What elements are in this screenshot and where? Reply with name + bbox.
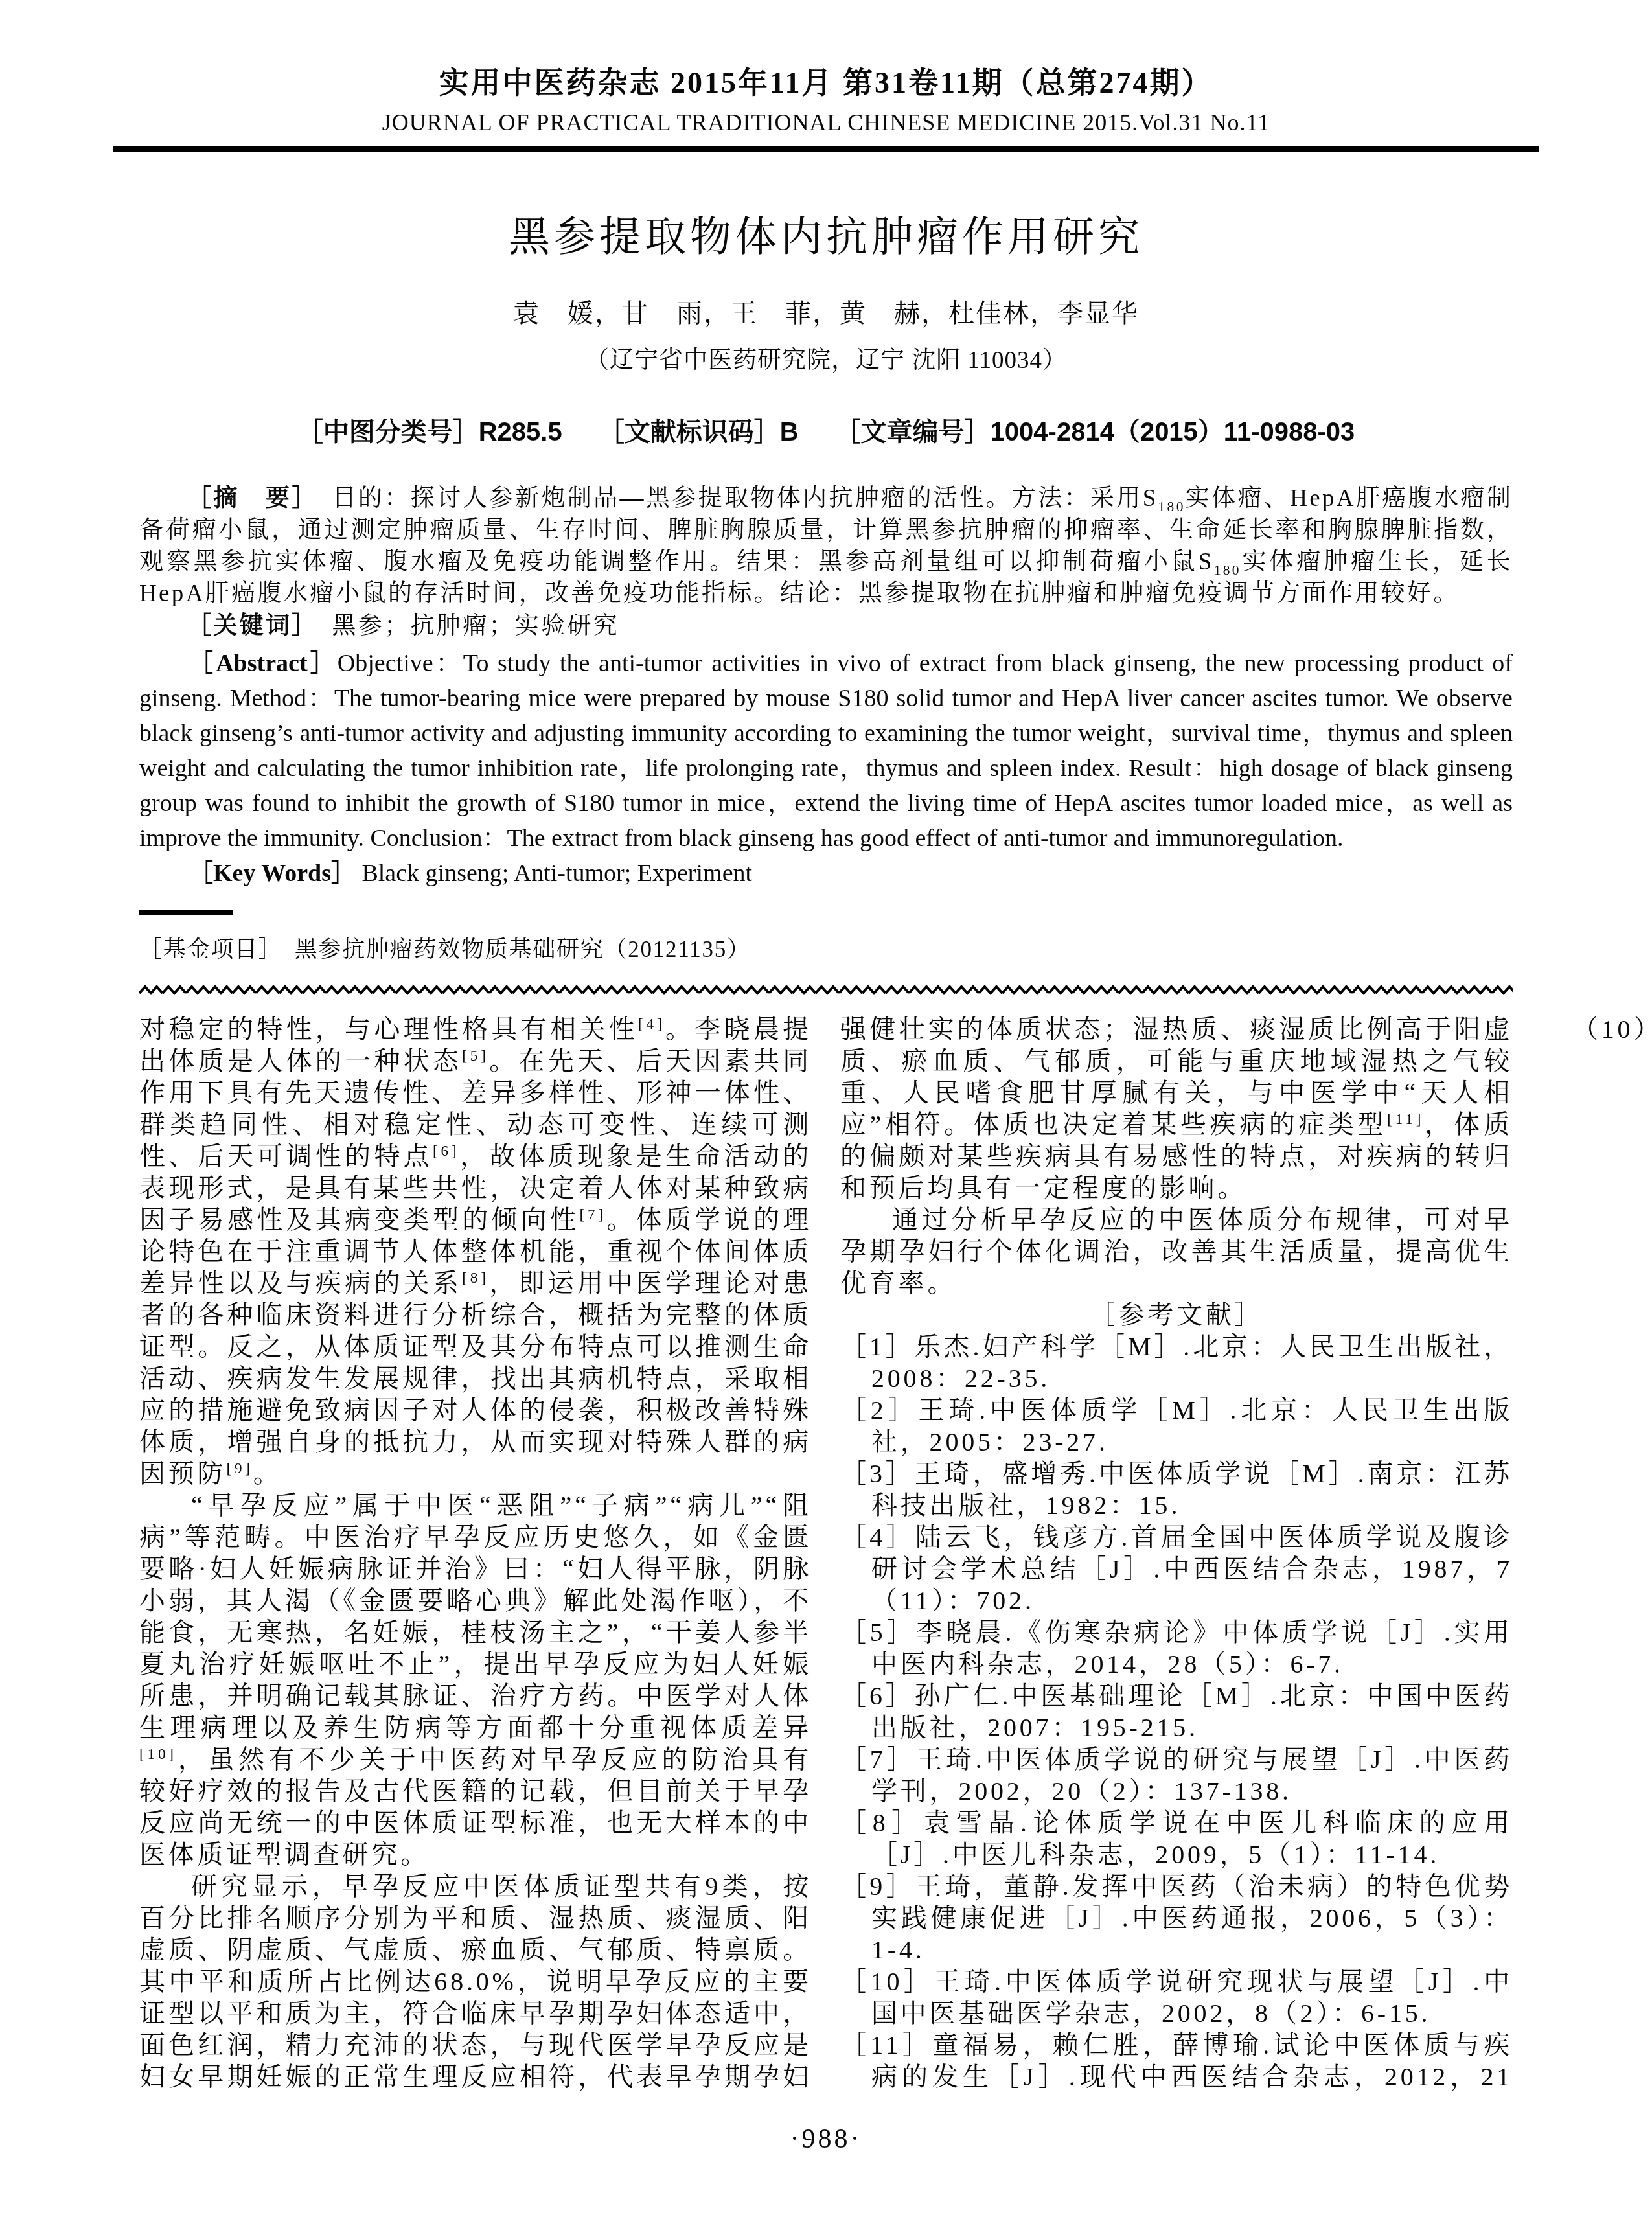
reference-entry: ［5］李晓晨.《伤寒杂病论》中体质学说［J］.实用中医内科杂志，2014，28（… — [840, 1616, 1513, 1680]
title-block: 黑参提取物体内抗肿瘤作用研究 袁 媛，甘 雨，王 菲，黄 赫，杜佳林，李显华 （… — [139, 211, 1513, 448]
body-paragraph: 对稳定的特性，与心理性格具有相关性[4]。李晓晨提出体质是人体的一种状态[5]。… — [139, 1013, 812, 1489]
body-paragraph: “早孕反应”属于中医“恶阻”“子病”“病儿”“阻病”等范畴。中医治疗早孕反应历史… — [139, 1489, 812, 1870]
fund-text: 黑参抗肿瘤药效物质基础研究（20121135） — [295, 937, 751, 962]
article-id-label: ［文章编号］ — [835, 418, 991, 446]
reference-entry: ［6］孙广仁.中医基础理论［M］.北京：中国中医药出版社，2007：195-21… — [840, 1680, 1513, 1743]
fund-label: ［基金项目］ — [139, 937, 271, 962]
abstract-cn: ［摘 要］ 目的：探讨人参新炮制品—黑参提取物体内抗肿瘤的活性。方法：采用S18… — [139, 482, 1513, 610]
reference-entry: ［8］袁雪晶.论体质学说在中医儿科临床的应用［J］.中医儿科杂志，2009，5（… — [840, 1807, 1513, 1870]
header-rule — [113, 146, 1539, 152]
page-number: ·988· — [139, 2124, 1513, 2155]
doc-code-value: B — [780, 418, 799, 446]
abstract-en-label: ［Abstract］ — [189, 650, 338, 677]
doc-code-label: ［文献标识码］ — [599, 418, 780, 446]
reference-entry: ［7］王琦.中医体质学说的研究与展望［J］.中医药学刊，2002，20（2）：1… — [840, 1743, 1513, 1807]
reference-entry: ［2］王琦.中医体质学［M］.北京：人民卫生出版社，2005：23-27. — [840, 1394, 1513, 1458]
footnote-block: ［基金项目］ 黑参抗肿瘤药效物质基础研究（20121135） — [139, 910, 1513, 964]
reference-entry: ［1］乐杰.妇产科学［M］.北京：人民卫生出版社，2008：22-35. — [840, 1331, 1513, 1394]
journal-title-cn: 实用中医药杂志 2015年11月 第31卷11期（总第274期） — [139, 65, 1513, 101]
affiliation-line: （辽宁省中医药研究院，辽宁 沈阳 110034） — [139, 340, 1513, 375]
abstract-en-text: Objective：To study the anti-tumor activi… — [139, 650, 1513, 852]
reference-entry: ［3］王琦，盛增秀.中医体质学说［M］.南京：江苏科技出版社，1982：15. — [840, 1458, 1513, 1521]
journal-page: 实用中医药杂志 2015年11月 第31卷11期（总第274期） JOURNAL… — [0, 0, 1652, 2226]
keywords-cn: ［关键词］ 黑参；抗肿瘤；实验研究 — [139, 610, 1513, 642]
keywords-cn-text: 黑参；抗肿瘤；实验研究 — [332, 613, 620, 639]
abstract-en: ［Abstract］Objective：To study the anti-tu… — [139, 646, 1513, 856]
page-header: 实用中医药杂志 2015年11月 第31卷11期（总第274期） JOURNAL… — [139, 65, 1513, 152]
reference-entry: ［4］陆云飞，钱彦方.首届全国中医体质学说及腹诊研讨会学术总结［J］.中西医结合… — [840, 1521, 1513, 1616]
body-paragraph: 通过分析早孕反应的中医体质分布规律，可对早孕期孕妇行个体化调治，改善其生活质量，… — [840, 1204, 1513, 1299]
wavy-divider — [139, 983, 1513, 996]
references-header: ［参考文献］ — [840, 1299, 1513, 1331]
reference-entry: ［10］王琦.中医体质学说研究现状与展望［J］.中国中医基础医学杂志，2002，… — [840, 1966, 1513, 2029]
received-date: ［收稿日期］2015-07-06 — [1541, 1045, 1652, 1077]
abstract-block: ［摘 要］ 目的：探讨人参新炮制品—黑参提取物体内抗肿瘤的活性。方法：采用S18… — [139, 482, 1513, 891]
clc-value: R285.5 — [479, 418, 562, 446]
meta-line: ［中图分类号］R285.5［文献标识码］B［文章编号］1004-2814（201… — [139, 411, 1513, 448]
abstract-cn-label: ［摘 要］ — [187, 485, 306, 511]
keywords-en-label: ［Key Words］ — [189, 860, 356, 887]
footnote-rule — [139, 910, 233, 915]
journal-title-en: JOURNAL OF PRACTICAL TRADITIONAL CHINESE… — [139, 108, 1513, 137]
keywords-en-text: Black ginseng; Anti-tumor; Experiment — [361, 860, 752, 887]
article-title: 黑参提取物体内抗肿瘤作用研究 — [139, 211, 1513, 263]
keywords-en: ［Key Words］ Black ginseng; Anti-tumor; E… — [139, 856, 1513, 891]
keywords-cn-label: ［关键词］ — [187, 612, 306, 639]
authors-line: 袁 媛，甘 雨，王 菲，黄 赫，杜佳林，李显华 — [139, 293, 1513, 330]
fund-line: ［基金项目］ 黑参抗肿瘤药效物质基础研究（20121135） — [139, 932, 1513, 964]
article-id-value: 1004-2814（2015）11-0988-03 — [991, 418, 1355, 446]
reference-entry: ［9］王琦，董静.发挥中医药（治未病）的特色优势实践健康促进［J］.中医药通报，… — [840, 1870, 1513, 1966]
two-column-body: 对稳定的特性，与心理性格具有相关性[4]。李晓晨提出体质是人体的一种状态[5]。… — [139, 1013, 1513, 2115]
abstract-cn-text: 目的：探讨人参新炮制品—黑参提取物体内抗肿瘤的活性。方法：采用S180实体瘤、H… — [139, 485, 1513, 607]
clc-label: ［中图分类号］ — [297, 418, 479, 446]
